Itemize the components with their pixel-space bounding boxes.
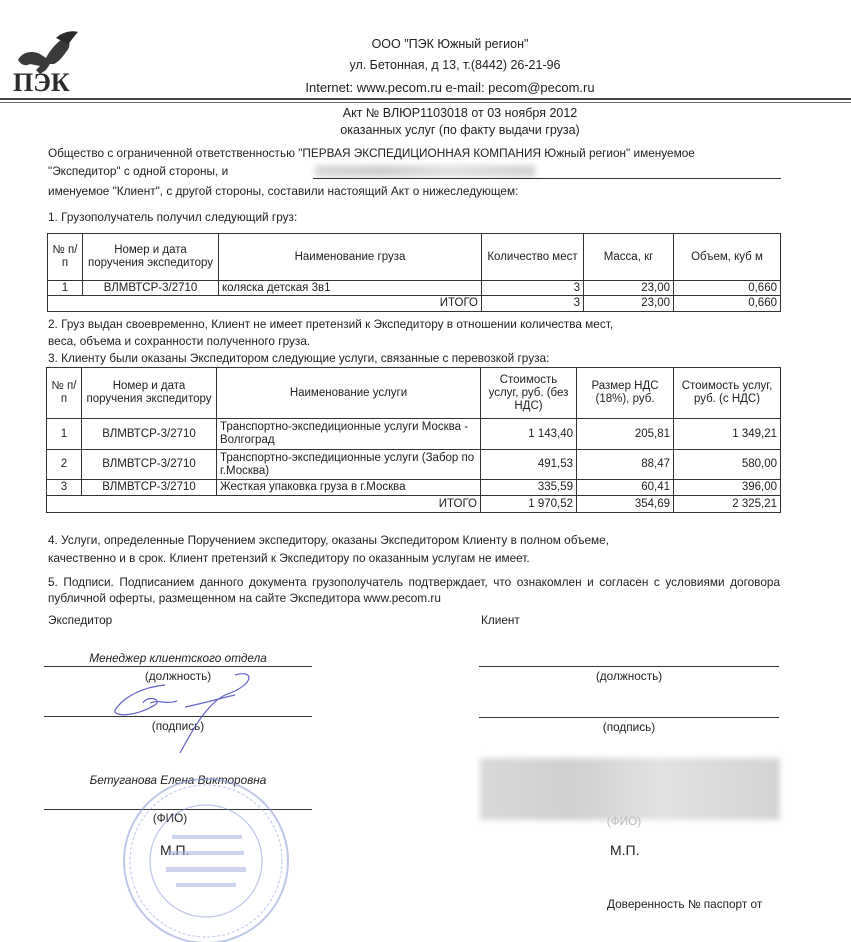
cell-order: ВЛМВТСР-3/2710	[82, 450, 217, 480]
col-cargo-name: Наименование груза	[219, 234, 482, 281]
client-signature-line	[479, 717, 779, 718]
total-label: ИТОГО	[47, 496, 481, 513]
total-cost-with-vat: 2 325,21	[674, 496, 781, 513]
client-stamp-caption: М.П.	[610, 842, 640, 858]
table-total-row: ИТОГО 3 23,00 0,660	[48, 296, 781, 312]
cell-number: 1	[47, 419, 82, 450]
cell-cost-with-vat: 1 349,21	[674, 419, 781, 450]
logo-text: ПЭК	[13, 68, 70, 98]
client-label: Клиент	[481, 613, 520, 627]
total-mass: 23,00	[584, 296, 674, 312]
col-number: № п/п	[47, 368, 82, 419]
cell-places: 3	[482, 281, 584, 296]
act-subtitle: оказанных услуг (по факту выдачи груза)	[260, 123, 660, 137]
cell-cargo-name: коляска детская 3в1	[219, 281, 482, 296]
cell-cost-no-vat: 491,53	[481, 450, 577, 480]
total-places: 3	[482, 296, 584, 312]
col-mass: Масса, кг	[584, 234, 674, 281]
total-cost-no-vat: 1 970,52	[481, 496, 577, 513]
section-4-line-1: 4. Услуги, определенные Поручением экспе…	[48, 533, 609, 547]
section-5-text: 5. Подписи. Подписанием данного документ…	[48, 574, 780, 606]
company-address: ул. Бетонная, д 13, т.(8442) 26-21-96	[270, 58, 640, 72]
section-1-heading: 1. Грузополучатель получил следующий гру…	[48, 210, 297, 224]
intro-line-3: именуемое "Клиент", с другой стороны, со…	[48, 184, 518, 198]
total-label: ИТОГО	[48, 296, 482, 312]
forwarder-position: Менеджер клиентского отдела	[44, 651, 312, 665]
client-position-line	[479, 666, 779, 667]
client-name-caption: (ФИО)	[579, 814, 669, 828]
cell-service-name: Жесткая упаковка груза в г.Москва	[217, 480, 481, 496]
col-cost-no-vat: Стоимость услуг, руб. (без НДС)	[481, 368, 577, 419]
col-service-name: Наименование услуги	[217, 368, 481, 419]
redacted-client-details	[480, 758, 780, 820]
handwritten-signature-icon	[105, 665, 265, 760]
col-number: № п/п	[48, 234, 83, 281]
cell-volume: 0,660	[674, 281, 781, 296]
table-total-row: ИТОГО 1 970,52 354,69 2 325,21	[47, 496, 781, 513]
section-2-line-2: веса, объема и сохранности полученного г…	[48, 334, 310, 348]
company-stamp-icon	[120, 775, 292, 942]
client-name-line	[313, 178, 781, 179]
section-2-line-1: 2. Груз выдан своевременно, Клиент не им…	[48, 317, 613, 331]
col-places: Количество мест	[482, 234, 584, 281]
col-order: Номер и дата поручения экспедитору	[82, 368, 217, 419]
col-cost-with-vat: Стоимость услуг, руб. (с НДС)	[674, 368, 781, 419]
cell-order: ВЛМВТСР-3/2710	[82, 419, 217, 450]
company-contacts: Internet: www.pecom.ru e-mail: pecom@pec…	[240, 80, 660, 95]
total-vat: 354,69	[577, 496, 674, 513]
cell-cost-no-vat: 1 143,40	[481, 419, 577, 450]
total-volume: 0,660	[674, 296, 781, 312]
cargo-table: № п/п Номер и дата поручения экспедитору…	[47, 233, 781, 312]
services-table-header: № п/п Номер и дата поручения экспедитору…	[47, 368, 781, 419]
cell-order: ВЛМВТСР-3/2710	[83, 281, 219, 296]
intro-line-2: "Экспедитор" с одной стороны, и	[48, 164, 228, 178]
cell-vat: 60,41	[577, 480, 674, 496]
redacted-client-name	[315, 165, 535, 177]
cell-service-name: Транспортно-экспедиционные услуги Москва…	[217, 419, 481, 450]
client-position-caption: (должность)	[479, 669, 779, 683]
section-4-line-2: качественно и в срок. Клиент претензий к…	[48, 551, 530, 565]
cell-cost-with-vat: 396,00	[674, 480, 781, 496]
cell-vat: 88,47	[577, 450, 674, 480]
header-rule-thin	[0, 102, 851, 103]
cell-order: ВЛМВТСР-3/2710	[82, 480, 217, 496]
services-table: № п/п Номер и дата поручения экспедитору…	[46, 367, 781, 513]
col-vat: Размер НДС (18%), руб.	[577, 368, 674, 419]
cargo-table-header: № п/п Номер и дата поручения экспедитору…	[48, 234, 781, 281]
col-volume: Объем, куб м	[674, 234, 781, 281]
act-title: Акт № ВЛЮР1103018 от 03 ноября 2012	[260, 106, 660, 120]
table-row: 1 ВЛМВТСР-3/2710 Транспортно-экспедицион…	[47, 419, 781, 450]
cell-mass: 23,00	[584, 281, 674, 296]
cell-number: 2	[47, 450, 82, 480]
header-rule	[0, 98, 851, 100]
cell-number: 3	[47, 480, 82, 496]
cell-cost-no-vat: 335,59	[481, 480, 577, 496]
table-row: 3 ВЛМВТСР-3/2710 Жесткая упаковка груза …	[47, 480, 781, 496]
power-of-attorney: Доверенность № паспорт от	[607, 897, 762, 911]
cell-number: 1	[48, 281, 83, 296]
table-row: 2 ВЛМВТСР-3/2710 Транспортно-экспедицион…	[47, 450, 781, 480]
cell-vat: 205,81	[577, 419, 674, 450]
intro-line-1: Общество с ограниченной ответственностью…	[48, 146, 695, 160]
forwarder-label: Экспедитор	[48, 613, 112, 627]
section-3-heading: 3. Клиенту были оказаны Экспедитором сле…	[48, 351, 549, 365]
client-signature-caption: (подпись)	[479, 720, 779, 734]
col-order: Номер и дата поручения экспедитору	[83, 234, 219, 281]
cell-service-name: Транспортно-экспедиционные услуги (Забор…	[217, 450, 481, 480]
cell-cost-with-vat: 580,00	[674, 450, 781, 480]
table-row: 1 ВЛМВТСР-3/2710 коляска детская 3в1 3 2…	[48, 281, 781, 296]
company-name: ООО "ПЭК Южный регион"	[300, 37, 600, 51]
